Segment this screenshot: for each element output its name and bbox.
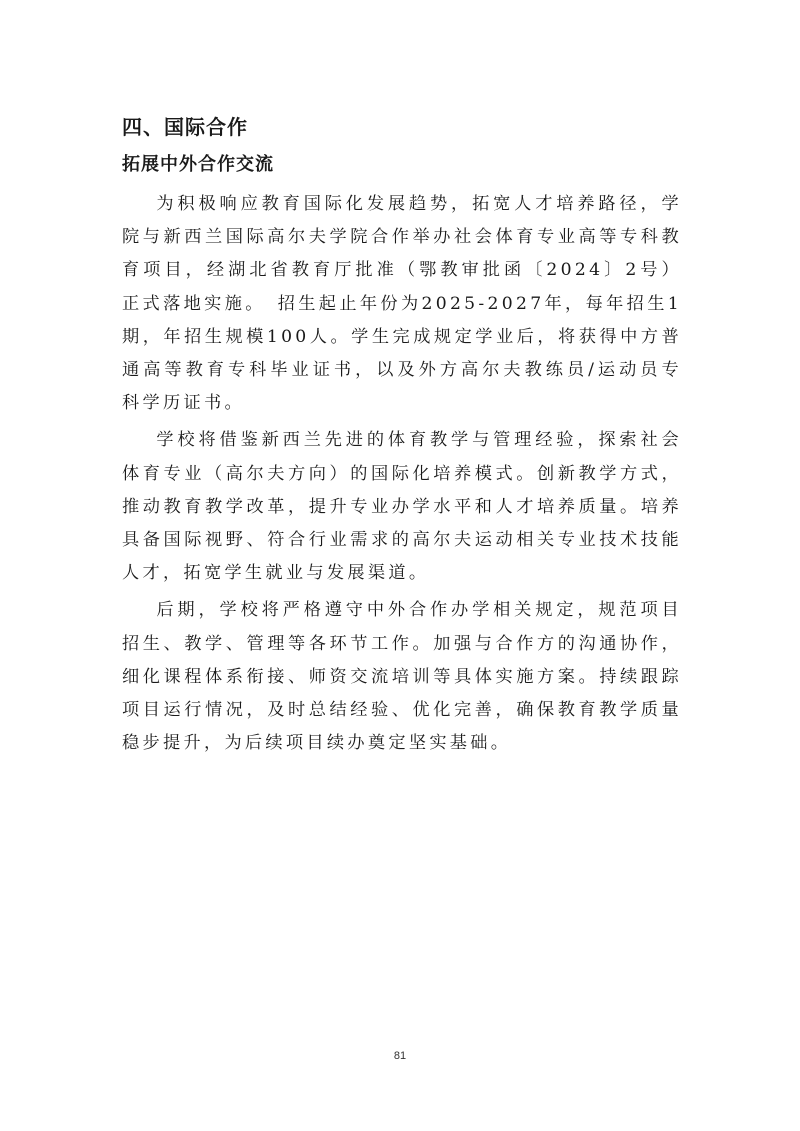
page-number: 81 — [0, 1050, 800, 1062]
paragraph-1: 为积极响应教育国际化发展趋势，拓宽人才培养路径，学院与新西兰国际高尔夫学院合作举… — [122, 188, 682, 420]
section-title: 四、国际合作 — [122, 108, 682, 146]
section-subtitle: 拓展中外合作交流 — [122, 146, 682, 184]
paragraph-2: 学校将借鉴新西兰先进的体育教学与管理经验，探索社会体育专业（高尔夫方向）的国际化… — [122, 424, 682, 590]
document-page: 四、国际合作 拓展中外合作交流 为积极响应教育国际化发展趋势，拓宽人才培养路径，… — [122, 108, 682, 760]
paragraph-3: 后期，学校将严格遵守中外合作办学相关规定，规范项目招生、教学、管理等各环节工作。… — [122, 594, 682, 760]
